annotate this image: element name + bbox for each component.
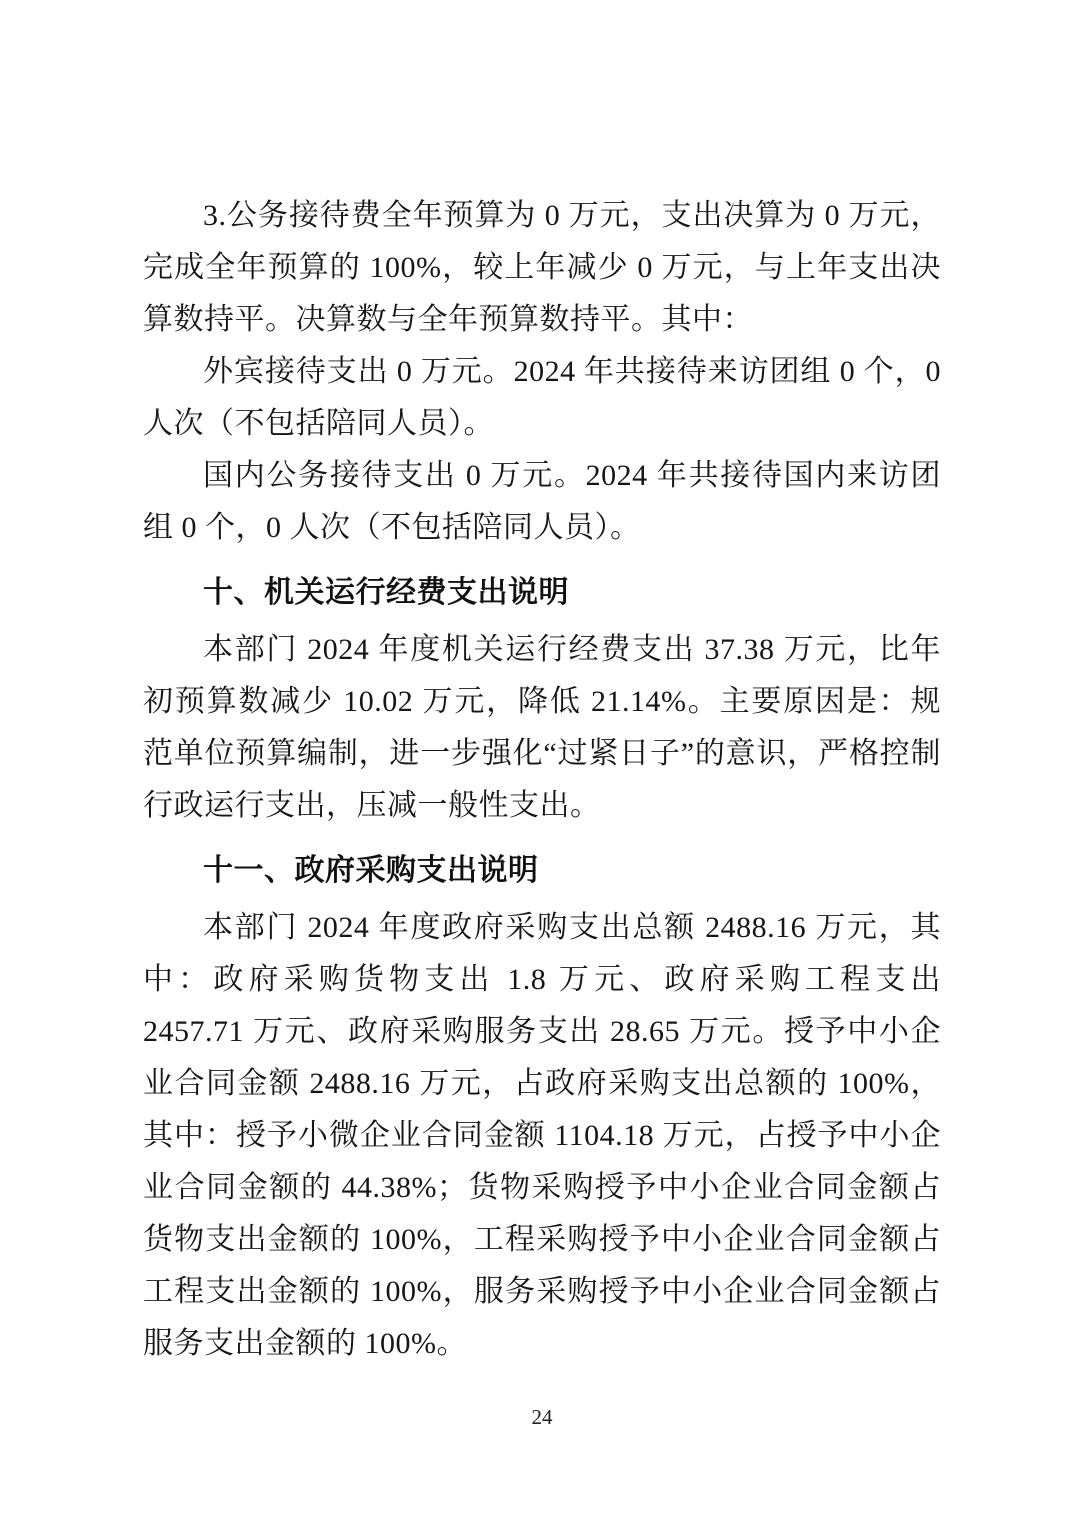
section-heading-government-procurement: 十一、政府采购支出说明 <box>143 844 941 898</box>
paragraph-government-procurement-detail: 本部门 2024 年度政府采购支出总额 2488.16 万元，其中：政府采购货物… <box>143 902 941 1370</box>
document-page: 3.公务接待费全年预算为 0 万元，支出决算为 0 万元，完成全年预算的 100… <box>0 0 1074 1520</box>
paragraph-official-reception: 3.公务接待费全年预算为 0 万元，支出决算为 0 万元，完成全年预算的 100… <box>143 190 941 346</box>
section-heading-operating-expenses: 十、机关运行经费支出说明 <box>143 566 941 620</box>
document-body: 3.公务接待费全年预算为 0 万元，支出决算为 0 万元，完成全年预算的 100… <box>143 190 941 1370</box>
paragraph-foreign-guest-reception: 外宾接待支出 0 万元。2024 年共接待来访团组 0 个，0 人次（不包括陪同… <box>143 346 941 450</box>
page-number: 24 <box>143 1402 941 1432</box>
paragraph-operating-expenses-detail: 本部门 2024 年度机关运行经费支出 37.38 万元，比年初预算数减少 10… <box>143 624 941 832</box>
paragraph-domestic-reception: 国内公务接待支出 0 万元。2024 年共接待国内来访团组 0 个，0 人次（不… <box>143 450 941 554</box>
